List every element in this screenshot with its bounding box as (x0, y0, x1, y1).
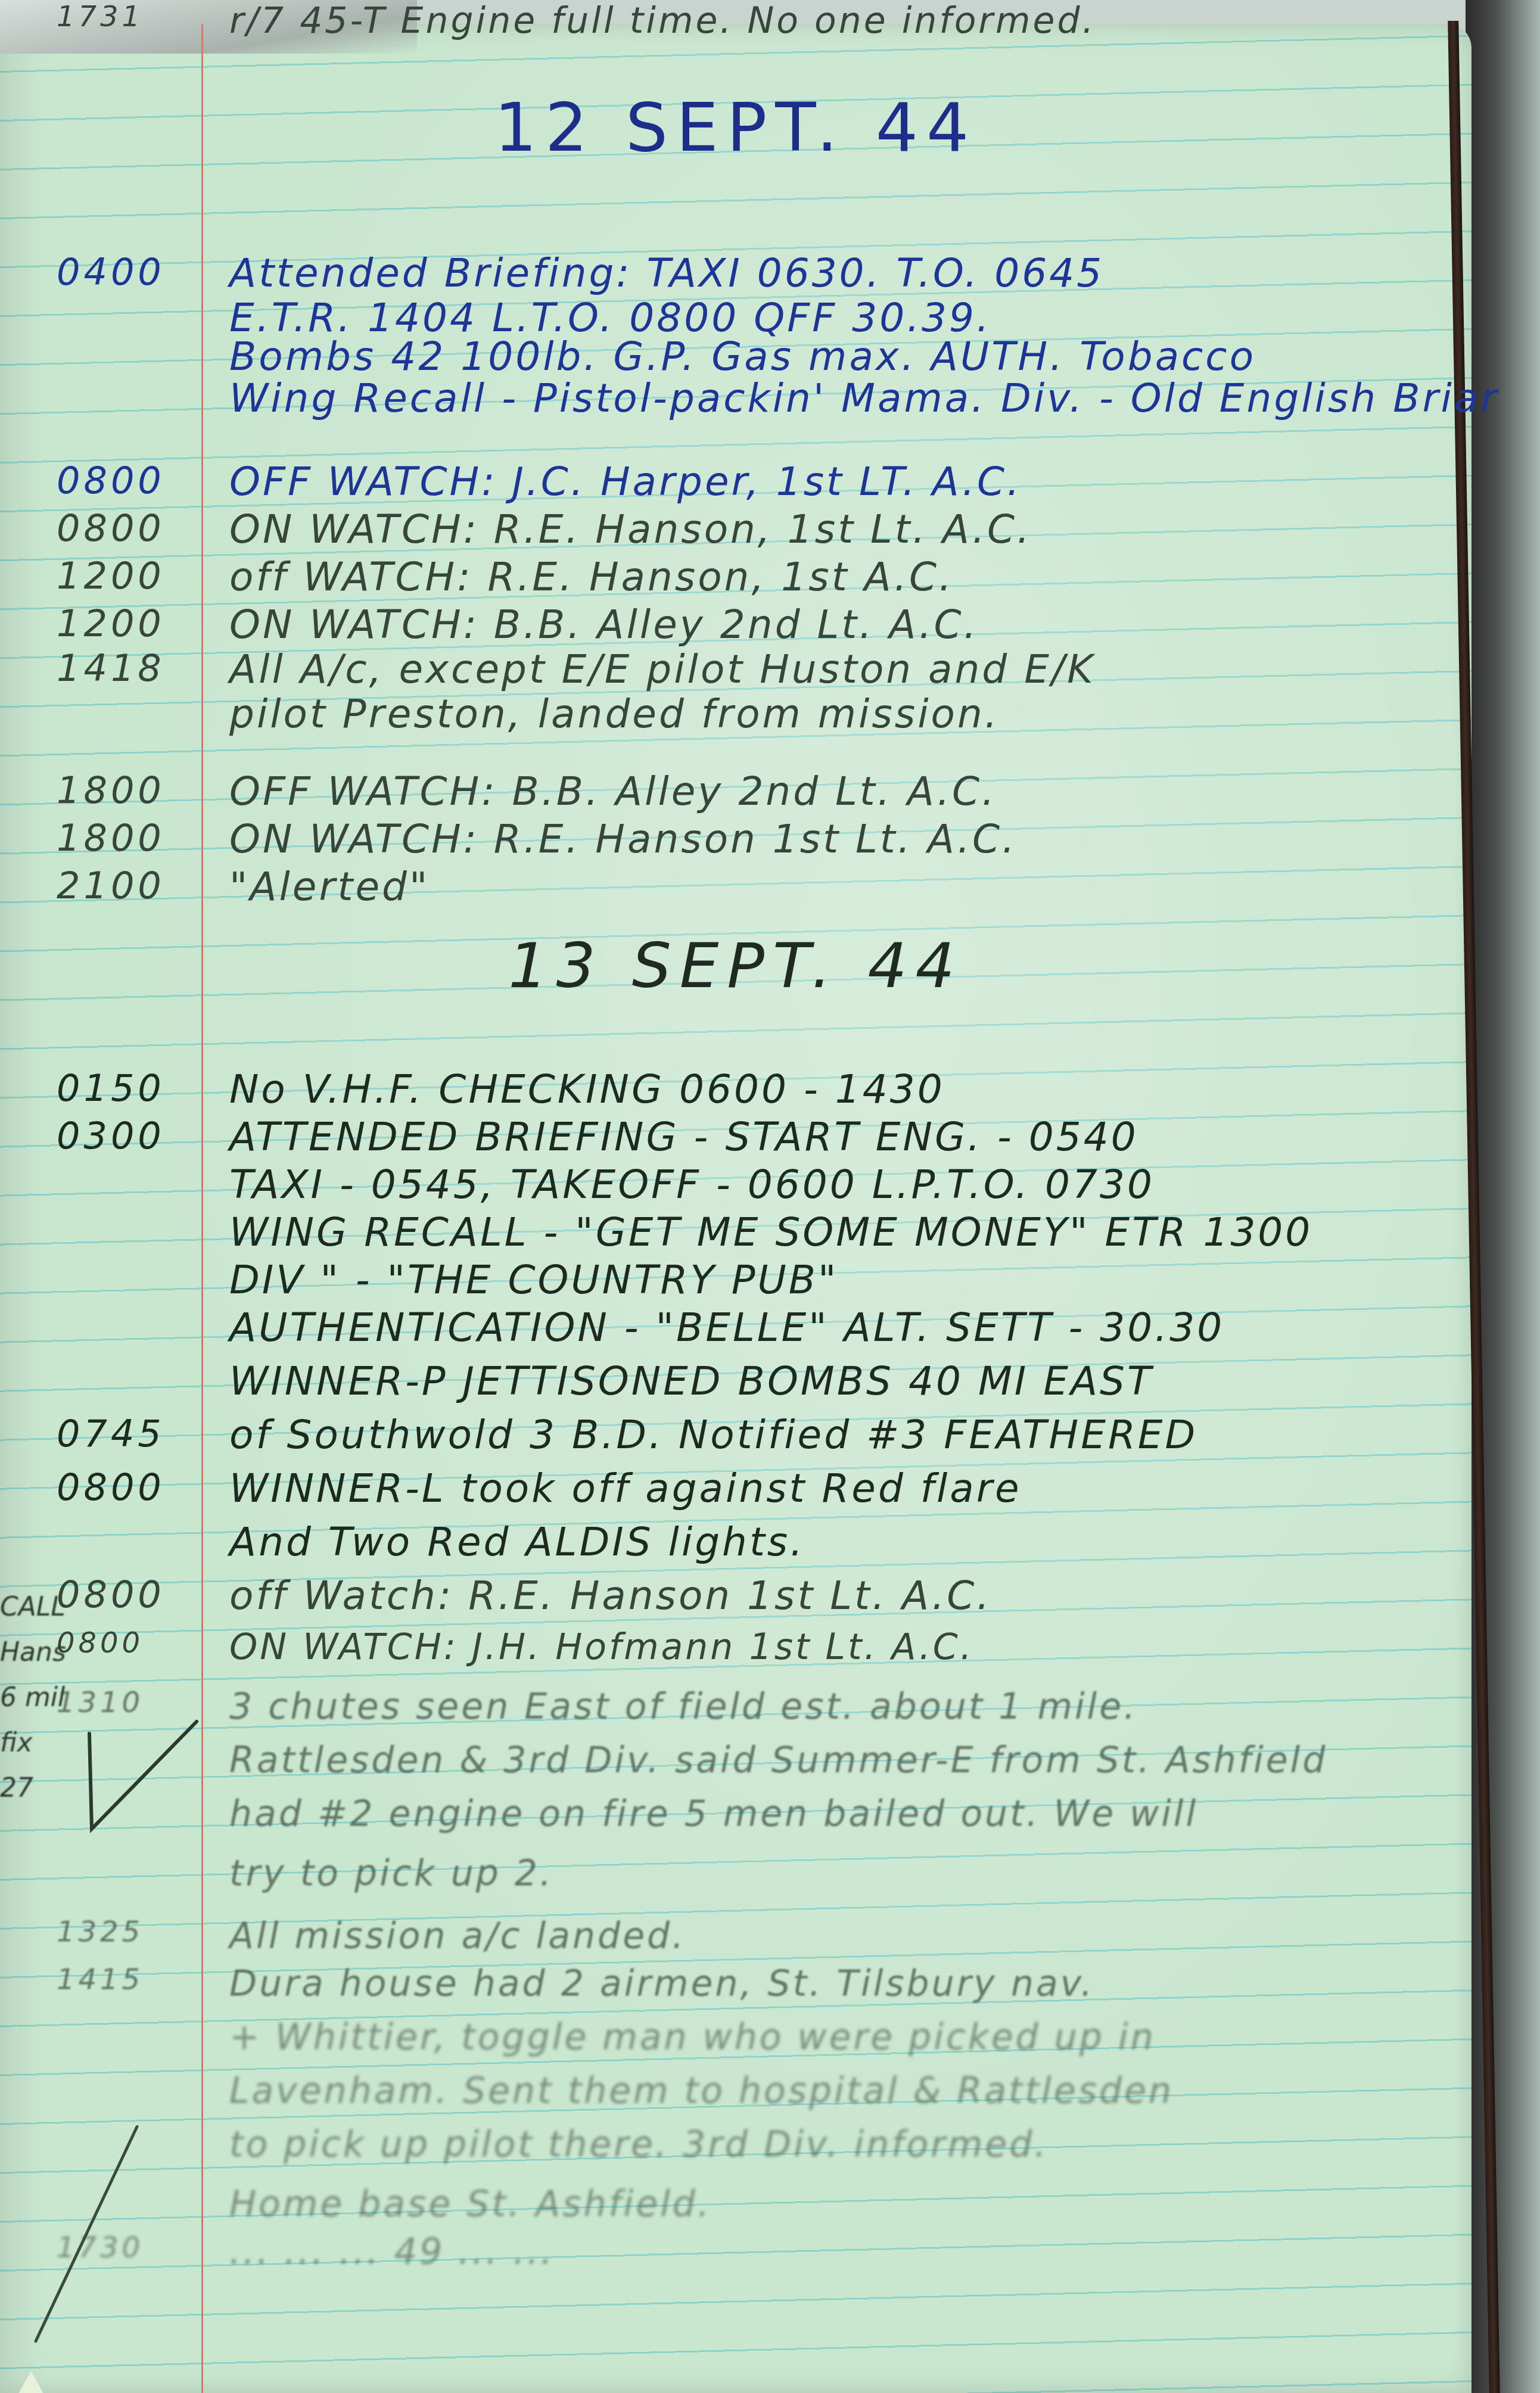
entry-text: AUTHENTICATION - "BELLE" ALT. SETT - 30.… (229, 1305, 1448, 1350)
entry-time: 2100 (57, 864, 188, 907)
log-entry: 1800ON WATCH: R.E. Hanson 1st Lt. A.C. (0, 816, 1471, 864)
entry-time: 1418 (57, 646, 188, 690)
log-entry: 1800OFF WATCH: B.B. Alley 2nd Lt. A.C. (0, 768, 1471, 816)
entry-time: 1800 (57, 768, 188, 812)
margin-note: CALLHans6 milefix27 (0, 1585, 66, 1811)
entry-text: r/7 45-T Engine full time. No one inform… (229, 0, 1448, 42)
log-entry: And Two Red ALDIS lights. (0, 1519, 1471, 1567)
log-entry: try to pick up 2. (0, 1853, 1471, 1900)
log-entry: + Whittier, toggle man who were picked u… (0, 2017, 1471, 2064)
entry-text: ON WATCH: R.E. Hanson, 1st Lt. A.C. (229, 506, 1448, 552)
entry-time: 1800 (57, 816, 188, 860)
log-entry: 13103 chutes seen East of field est. abo… (0, 1686, 1471, 1734)
log-entry: 1200off WATCH: R.E. Hanson, 1st A.C. (0, 554, 1471, 602)
log-entry: Lavenham. Sent them to hospital & Rattle… (0, 2070, 1471, 2118)
entry-text: off WATCH: R.E. Hanson, 1st A.C. (229, 554, 1448, 600)
entry-text: try to pick up 2. (229, 1853, 1448, 1894)
entry-text: WINNER-P JETTISONED BOMBS 40 MI EAST (229, 1358, 1448, 1404)
log-entry: 1200ON WATCH: B.B. Alley 2nd Lt. A.C. (0, 602, 1471, 649)
date-header-day1: 12 SEPT. 44 (0, 89, 1471, 167)
entry-text: Dura house had 2 airmen, St. Tilsbury na… (229, 1963, 1448, 2005)
entry-text: + Whittier, toggle man who were picked u… (229, 2017, 1448, 2058)
entry-text: ATTENDED BRIEFING - START ENG. - 0540 (229, 1114, 1448, 1160)
entry-text: WINNER-L took off against Red flare (229, 1465, 1448, 1511)
entry-text: OFF WATCH: J.C. Harper, 1st LT. A.C. (229, 459, 1448, 505)
entry-time: 0150 (57, 1066, 188, 1110)
margin-note-line: 27 (0, 1766, 66, 1811)
entry-text: off Watch: R.E. Hanson 1st Lt. A.C. (229, 1573, 1448, 1619)
entry-text: Lavenham. Sent them to hospital & Rattle… (229, 2070, 1448, 2112)
entry-time: 0800 (57, 506, 188, 550)
log-entry: Home base St. Ashfield. (0, 2183, 1471, 2231)
entry-text: Wing Recall - Pistol-packin' Mama. Div. … (229, 375, 1448, 421)
entry-text: ON WATCH: B.B. Alley 2nd Lt. A.C. (229, 602, 1448, 648)
entry-text: "Alerted" (229, 864, 1448, 910)
entry-text: Attended Briefing: TAXI 0630. T.O. 0645 (229, 250, 1448, 296)
log-entry: 1418All A/c, except E/E pilot Huston and… (0, 646, 1471, 694)
log-entry: Rattlesden & 3rd Div. said Summer-E from… (0, 1739, 1471, 1787)
entry-time: 0300 (57, 1114, 188, 1157)
margin-note-line: fix (0, 1720, 66, 1766)
check-mark-icon (83, 1710, 203, 1841)
entry-text: of Southwold 3 B.D. Notified #3 FEATHERE… (229, 1412, 1448, 1458)
entry-text: ... ... ... 49 ... ... (229, 2231, 1448, 2273)
entry-time: 1200 (57, 554, 188, 598)
entry-time: 1200 (57, 602, 188, 645)
log-entry: 0745of Southwold 3 B.D. Notified #3 FEAT… (0, 1412, 1471, 1460)
log-entry: 0800ON WATCH: J.H. Hofmann 1st Lt. A.C. (0, 1626, 1471, 1674)
log-entry: 0800OFF WATCH: J.C. Harper, 1st LT. A.C. (0, 459, 1471, 506)
log-entry: Wing Recall - Pistol-packin' Mama. Div. … (0, 375, 1471, 423)
entry-text: to pick up pilot there. 3rd Div. informe… (229, 2124, 1448, 2165)
entry-text: No V.H.F. CHECKING 0600 - 1430 (229, 1066, 1448, 1112)
entry-time: 1415 (57, 1963, 188, 1996)
log-entry: to pick up pilot there. 3rd Div. informe… (0, 2124, 1471, 2171)
log-entry: WINNER-P JETTISONED BOMBS 40 MI EAST (0, 1358, 1471, 1406)
entry-text: All mission a/c landed. (229, 1915, 1448, 1957)
log-entry: 2100"Alerted" (0, 864, 1471, 911)
entry-text: All A/c, except E/E pilot Huston and E/K (229, 646, 1448, 692)
log-entry: 1730... ... ... 49 ... ... (0, 2231, 1471, 2279)
entry-time: 0800 (57, 1626, 188, 1660)
entry-text: TAXI - 0545, TAKEOFF - 0600 L.P.T.O. 073… (229, 1162, 1448, 1208)
date-header-day2: 13 SEPT. 44 (0, 929, 1471, 1002)
log-entry: had #2 engine on fire 5 men bailed out. … (0, 1793, 1471, 1841)
margin-note-line: Hans (0, 1630, 66, 1675)
entry-text: pilot Preston, landed from mission. (229, 691, 1448, 737)
log-entry: AUTHENTICATION - "BELLE" ALT. SETT - 30.… (0, 1305, 1471, 1352)
entry-text: And Two Red ALDIS lights. (229, 1519, 1448, 1565)
entry-text: ON WATCH: R.E. Hanson 1st Lt. A.C. (229, 816, 1448, 862)
log-entry: 1731r/7 45-T Engine full time. No one in… (0, 0, 1471, 48)
log-entry: 0800WINNER-L took off against Red flare (0, 1465, 1471, 1513)
entry-time: 0400 (57, 250, 188, 294)
entry-text: Rattlesden & 3rd Div. said Summer-E from… (229, 1739, 1448, 1781)
entry-time: 0745 (57, 1412, 188, 1455)
log-entry: 0300ATTENDED BRIEFING - START ENG. - 054… (0, 1114, 1471, 1162)
entry-text: Bombs 42 100lb. G.P. Gas max. AUTH. Toba… (229, 334, 1448, 379)
entry-text: Home base St. Ashfield. (229, 2183, 1448, 2225)
margin-note-line: CALL (0, 1585, 66, 1630)
entry-text: DIV " - "THE COUNTRY PUB" (229, 1257, 1448, 1303)
entry-text: 3 chutes seen East of field est. about 1… (229, 1686, 1448, 1728)
entry-text: had #2 engine on fire 5 men bailed out. … (229, 1793, 1448, 1835)
entry-text: ON WATCH: J.H. Hofmann 1st Lt. A.C. (229, 1626, 1448, 1668)
slash-mark-icon (24, 2121, 143, 2347)
log-entry: Bombs 42 100lb. G.P. Gas max. AUTH. Toba… (0, 334, 1471, 381)
margin-note-line: 6 mile (0, 1675, 66, 1720)
page-corner (18, 2371, 44, 2393)
entry-time: 1731 (57, 0, 188, 33)
entry-time: 0800 (57, 1465, 188, 1509)
log-entry: 0800off Watch: R.E. Hanson 1st Lt. A.C. (0, 1573, 1471, 1620)
entry-text: WING RECALL - "GET ME SOME MONEY" ETR 13… (229, 1209, 1448, 1255)
entry-time: 0800 (57, 1573, 188, 1616)
log-entry: 1415Dura house had 2 airmen, St. Tilsbur… (0, 1963, 1471, 2011)
log-entry: DIV " - "THE COUNTRY PUB" (0, 1257, 1471, 1305)
log-entry: 1325All mission a/c landed. (0, 1915, 1471, 1963)
entry-time: 0800 (57, 459, 188, 502)
entry-text: OFF WATCH: B.B. Alley 2nd Lt. A.C. (229, 768, 1448, 814)
log-entry: 0800ON WATCH: R.E. Hanson, 1st Lt. A.C. (0, 506, 1471, 554)
log-entry: pilot Preston, landed from mission. (0, 691, 1471, 739)
entry-time: 1325 (57, 1915, 188, 1949)
log-entry: WING RECALL - "GET ME SOME MONEY" ETR 13… (0, 1209, 1471, 1257)
log-entry: TAXI - 0545, TAKEOFF - 0600 L.P.T.O. 073… (0, 1162, 1471, 1209)
log-entry: 0150No V.H.F. CHECKING 0600 - 1430 (0, 1066, 1471, 1114)
log-entry: 0400Attended Briefing: TAXI 0630. T.O. 0… (0, 250, 1471, 298)
